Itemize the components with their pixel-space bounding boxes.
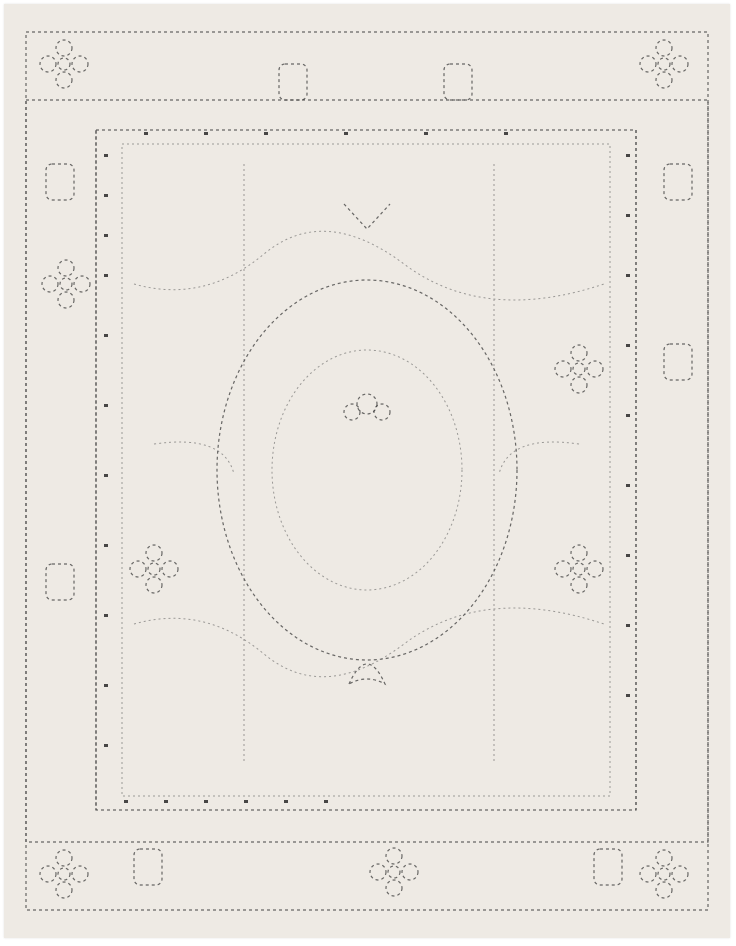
rug-image (4, 4, 730, 938)
outer-border (26, 32, 708, 910)
inner-frame (96, 130, 636, 810)
field-frame (122, 144, 610, 796)
medallion (217, 280, 517, 660)
rug-pattern (4, 4, 730, 938)
outer-band-inner-line (26, 100, 708, 842)
